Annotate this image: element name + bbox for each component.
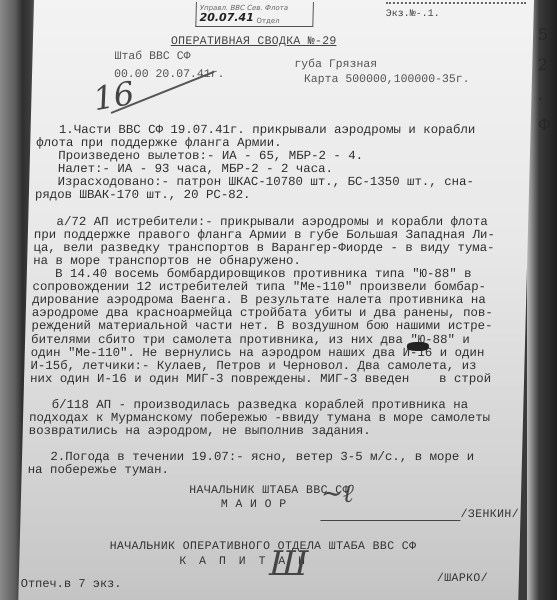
signature-1-rank: М А И О Р bbox=[221, 498, 287, 511]
signature-1-scrawl: ~ℓ bbox=[321, 488, 354, 501]
body-line: при поддержке правого фланга Армии в губ… bbox=[34, 229, 534, 242]
stamp-date: 20.07.41 bbox=[199, 11, 254, 24]
signature-1-name: /ЗЕНКИН/ bbox=[460, 508, 519, 521]
body-line: бителями сбито три самолета противника, … bbox=[31, 334, 531, 347]
map-reference: Карта 500000,100000-35г. bbox=[304, 73, 470, 86]
body-line: рядов ШВАК-170 шт., 20 РС-82. bbox=[35, 189, 535, 202]
adjacent-page-marks: 52.Ф bbox=[538, 20, 551, 140]
signature-2-name: /ШАРКО/ bbox=[437, 572, 488, 585]
copy-number: Экз.№-.1. bbox=[385, 8, 439, 21]
signature-2-scrawl: Ш bbox=[269, 558, 308, 571]
document-location: губа Грязная bbox=[294, 58, 377, 71]
document-title: ОПЕРАТИВНАЯ СВОДКА №-29 bbox=[171, 35, 337, 48]
body-line: реждений материальной части нет. В возду… bbox=[31, 320, 531, 333]
document-issuer: Штаб ВВС СФ bbox=[114, 50, 190, 63]
copy-line-divider bbox=[386, 2, 526, 4]
body-line: а/72 АП истребители:- прикрывали аэродро… bbox=[34, 216, 534, 229]
stamp-department: Отдел bbox=[256, 15, 280, 28]
report-body: 1.Части ВВС СФ 19.07.41г. прикрывали аэр… bbox=[27, 124, 536, 478]
body-line: ца, вели разведку транспортов в Варангер… bbox=[33, 242, 533, 255]
registration-stamp: Управл. ВВС Сев. Флота 20.07.41 Отдел bbox=[195, 2, 314, 27]
ink-blot bbox=[407, 342, 429, 351]
document-page: Управл. ВВС Сев. Флота 20.07.41 Отдел Эк… bbox=[18, 0, 534, 600]
body-line: один "Ме-110". Не вернулись на аэродром … bbox=[31, 347, 531, 360]
body-line bbox=[34, 203, 534, 216]
body-line bbox=[30, 386, 530, 399]
copies-note: Отпеч.в 7 экз. bbox=[21, 578, 122, 591]
body-line: на побережье туман. bbox=[27, 464, 527, 477]
signature-1-line bbox=[320, 520, 460, 521]
body-line: возвратились на аэродром, не выполнив за… bbox=[29, 425, 529, 438]
body-line: них один И-16 и один МИГ-3 повреждены. М… bbox=[30, 373, 530, 386]
signature-2-position: НАЧАЛЬНИК ОПЕРАТИВНОГО ОТДЕЛА ШТАБА ВВС … bbox=[110, 540, 417, 553]
body-line: И-15б, летчики:- Кулаев, Петров и Чернов… bbox=[30, 360, 530, 373]
